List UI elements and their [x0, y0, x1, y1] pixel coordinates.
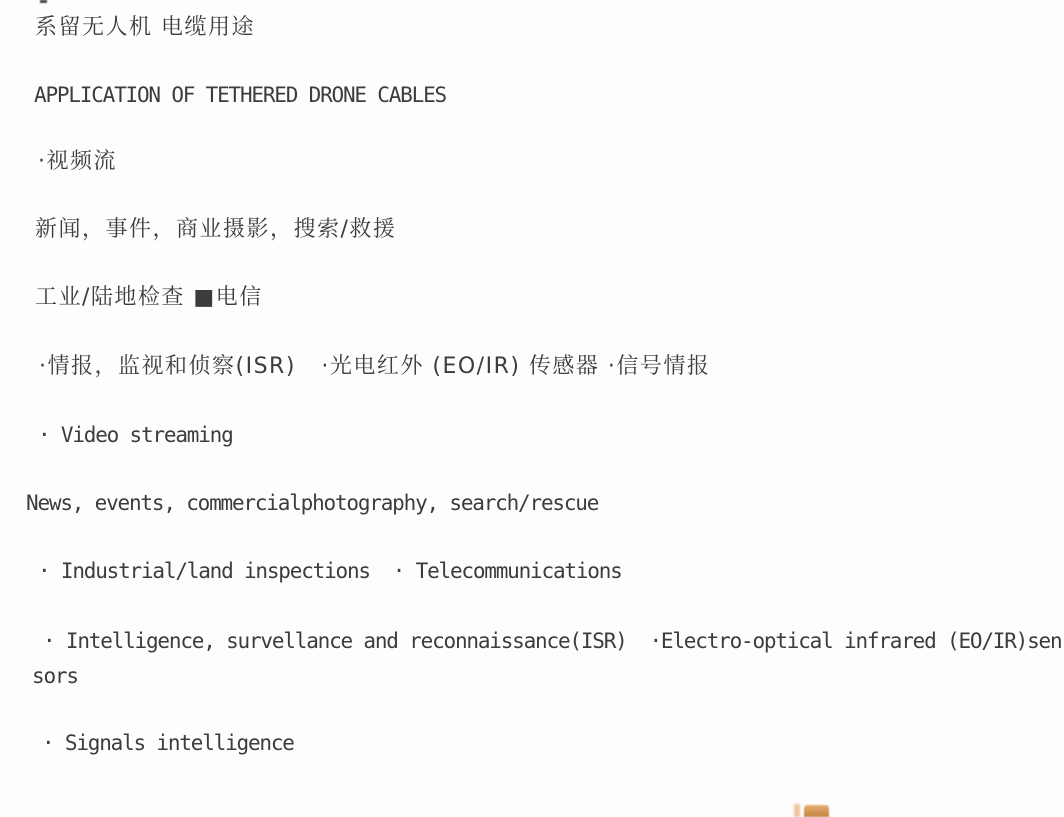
- paragraph-zh-news-events: 新闻，事件，商业摄影，搜索/救援: [35, 212, 396, 247]
- title-english: APPLICATION OF TETHERED DRONE CABLES: [34, 78, 446, 113]
- bullet-en-isr-eoir-sensors: · Intelligence, survellance and reconnai…: [32, 624, 1064, 694]
- title-chinese: 系留无人机 电缆用途: [35, 10, 255, 45]
- bullet-en-signals-intelligence: · Signals intelligence: [42, 726, 294, 761]
- paragraph-en-news-events: News, events, commercialphotography, sea…: [26, 486, 598, 521]
- bullet-en-industrial-telecom: · Industrial/land inspections · Telecomm…: [38, 554, 622, 589]
- cropped-glyph-artifact: [40, 0, 47, 3]
- bullet-zh-isr-sensors-sigint: ·情报，监视和侦察(ISR) ·光电红外 (EO/IR) 传感器 ·信号情报: [39, 349, 710, 384]
- photo-fragment-light: [794, 804, 800, 817]
- bullet-zh-video-streaming: ·视频流: [38, 144, 117, 179]
- document-page: 系留无人机 电缆用途 APPLICATION OF TETHERED DRONE…: [0, 0, 1064, 817]
- paragraph-zh-industrial-telecom: 工业/陆地检查 ■电信: [35, 280, 263, 315]
- photo-fragment-dark: [804, 805, 829, 817]
- bullet-en-video-streaming: · Video streaming: [38, 418, 233, 453]
